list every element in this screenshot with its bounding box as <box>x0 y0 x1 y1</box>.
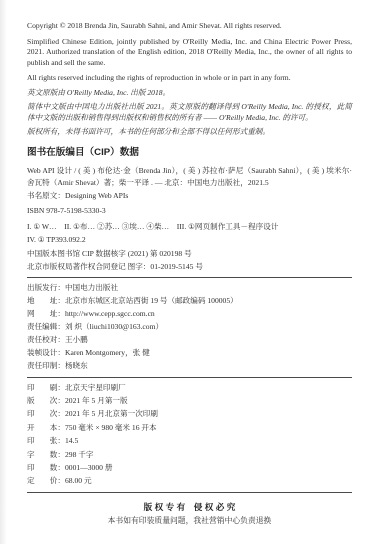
row-label: 版 次： <box>27 394 65 407</box>
row-value: 2021 年 5 月北京第一次印刷 <box>65 409 158 418</box>
printing-row: 印 数：0001—3000 册 <box>27 461 352 474</box>
divider-rule-top <box>27 277 352 278</box>
publisher-row: 责任印制：杨晓东 <box>27 359 352 372</box>
row-label: 地 址： <box>27 294 65 307</box>
row-value: 刘 炽（liuchi1030@163.com） <box>65 322 163 331</box>
row-value: 王小鹏 <box>65 335 88 344</box>
row-value: 北京市东城区北京站西街 19 号（邮政编码 100005） <box>65 296 238 305</box>
printing-row: 版 次：2021 年 5 月第一版 <box>27 394 352 407</box>
publisher-row: 责任校对：王小鹏 <box>27 333 352 346</box>
row-value: 0001—3000 册 <box>65 463 112 472</box>
row-value: 中国电力出版社 <box>65 283 118 292</box>
printing-row: 印 次：2021 年 5 月北京第一次印刷 <box>27 407 352 420</box>
isbn-line: ISBN 978-7-5198-5330-3 <box>27 205 352 218</box>
row-label: 责任印制： <box>27 359 65 372</box>
copyright-line-en: Copyright © 2018 Brenda Jin, Saurabh Sah… <box>27 21 352 32</box>
row-label: 字 数： <box>27 448 65 461</box>
scan-edge-shadow <box>0 0 7 544</box>
publisher-row: 责任编辑：刘 炽（liuchi1030@163.com） <box>27 320 352 333</box>
row-label: 出版发行： <box>27 281 65 294</box>
footer-notices: 版 权 专 有 侵 权 必 究 本书如有印装质量问题，我社营销中心负责退换 <box>27 501 352 527</box>
row-value: 14.5 <box>65 436 78 445</box>
classification-line-2: IV. ① TP393.092.2 <box>27 233 352 247</box>
rights-reserved-cn: 版权所有，未得书面许可，本书的任何部分和全部不得以任何形式重制。 <box>27 126 352 137</box>
publisher-row: 地 址：北京市东城区北京站西街 19 号（邮政编码 100005） <box>27 294 352 307</box>
divider-rule-bottom <box>27 492 352 493</box>
original-edition-cn: 英文原版由 O'Reilly Media, Inc. 出版 2018。 <box>27 87 352 98</box>
row-label: 开 本： <box>27 421 65 434</box>
original-title-line: 书名原文：Designing Web APIs <box>27 190 352 203</box>
row-value: 2021 年 5 月第一版 <box>65 396 128 405</box>
publisher-row: 网 址：http://www.cepp.sgcc.com.cn <box>27 307 352 320</box>
row-label: 印 次： <box>27 407 65 420</box>
row-value: 750 毫米 × 980 毫米 16 开本 <box>65 423 157 432</box>
printing-row: 印 张：14.5 <box>27 434 352 447</box>
row-value: 68.00 元 <box>65 476 92 485</box>
row-label: 印 刷： <box>27 381 65 394</box>
row-value: Karen Montgomery，张 健 <box>65 348 150 357</box>
colophon-page: Copyright © 2018 Brenda Jin, Saurabh Sah… <box>0 0 375 544</box>
row-value: http://www.cepp.sgcc.com.cn <box>65 309 155 318</box>
row-value: 298 千字 <box>65 450 93 459</box>
copyright-warning: 版 权 专 有 侵 权 必 究 <box>27 501 352 514</box>
row-label: 责任编辑： <box>27 320 65 333</box>
chinese-edition-notice-cn: 简体中文版由中国电力出版社出版 2021。英文原版的翻译得到 O'Reilly … <box>27 101 352 123</box>
chinese-edition-notice-en: Simplified Chinese Edition, jointly publ… <box>27 37 352 69</box>
cip-heading: 图书在版编目（CIP）数据 <box>27 146 352 159</box>
printing-row: 开 本：750 毫米 × 980 毫米 16 开本 <box>27 421 352 434</box>
publisher-row: 装帧设计：Karen Montgomery，张 健 <box>27 346 352 359</box>
row-label: 定 价： <box>27 474 65 487</box>
quality-notice: 本书如有印装质量问题，我社营销中心负责退换 <box>27 514 352 527</box>
cip-catalog-entry: Web API 设计 / ( 美 ) 布伦达·金（Brenda Jin），( 美… <box>27 165 352 190</box>
publisher-row: 出版发行：中国电力出版社 <box>27 281 352 294</box>
row-label: 印 张： <box>27 434 65 447</box>
printing-row: 印 刷：北京天宇星印刷厂 <box>27 381 352 394</box>
row-value: 杨晓东 <box>65 361 88 370</box>
copyright-registration-line: 北京市版权局著作权合同登记 图字：01-2019-5145 号 <box>27 260 352 274</box>
cip-number-line: 中国版本图书馆 CIP 数据核字 (2021) 第 020198 号 <box>27 247 352 261</box>
row-label: 责任校对： <box>27 333 65 346</box>
row-label: 装帧设计： <box>27 346 65 359</box>
row-value: 北京天宇星印刷厂 <box>65 383 126 392</box>
printing-row: 定 价：68.00 元 <box>27 474 352 487</box>
divider-rule-middle <box>27 377 352 378</box>
row-label: 印 数： <box>27 461 65 474</box>
printing-row: 字 数：298 千字 <box>27 448 352 461</box>
rights-reserved-en: All rights reserved including the rights… <box>27 73 352 84</box>
classification-line-1: I. ① W… II. ①布… ②苏… ③埃… ④柴… III. ①网页制作工具… <box>27 221 352 234</box>
row-label: 网 址： <box>27 307 65 320</box>
